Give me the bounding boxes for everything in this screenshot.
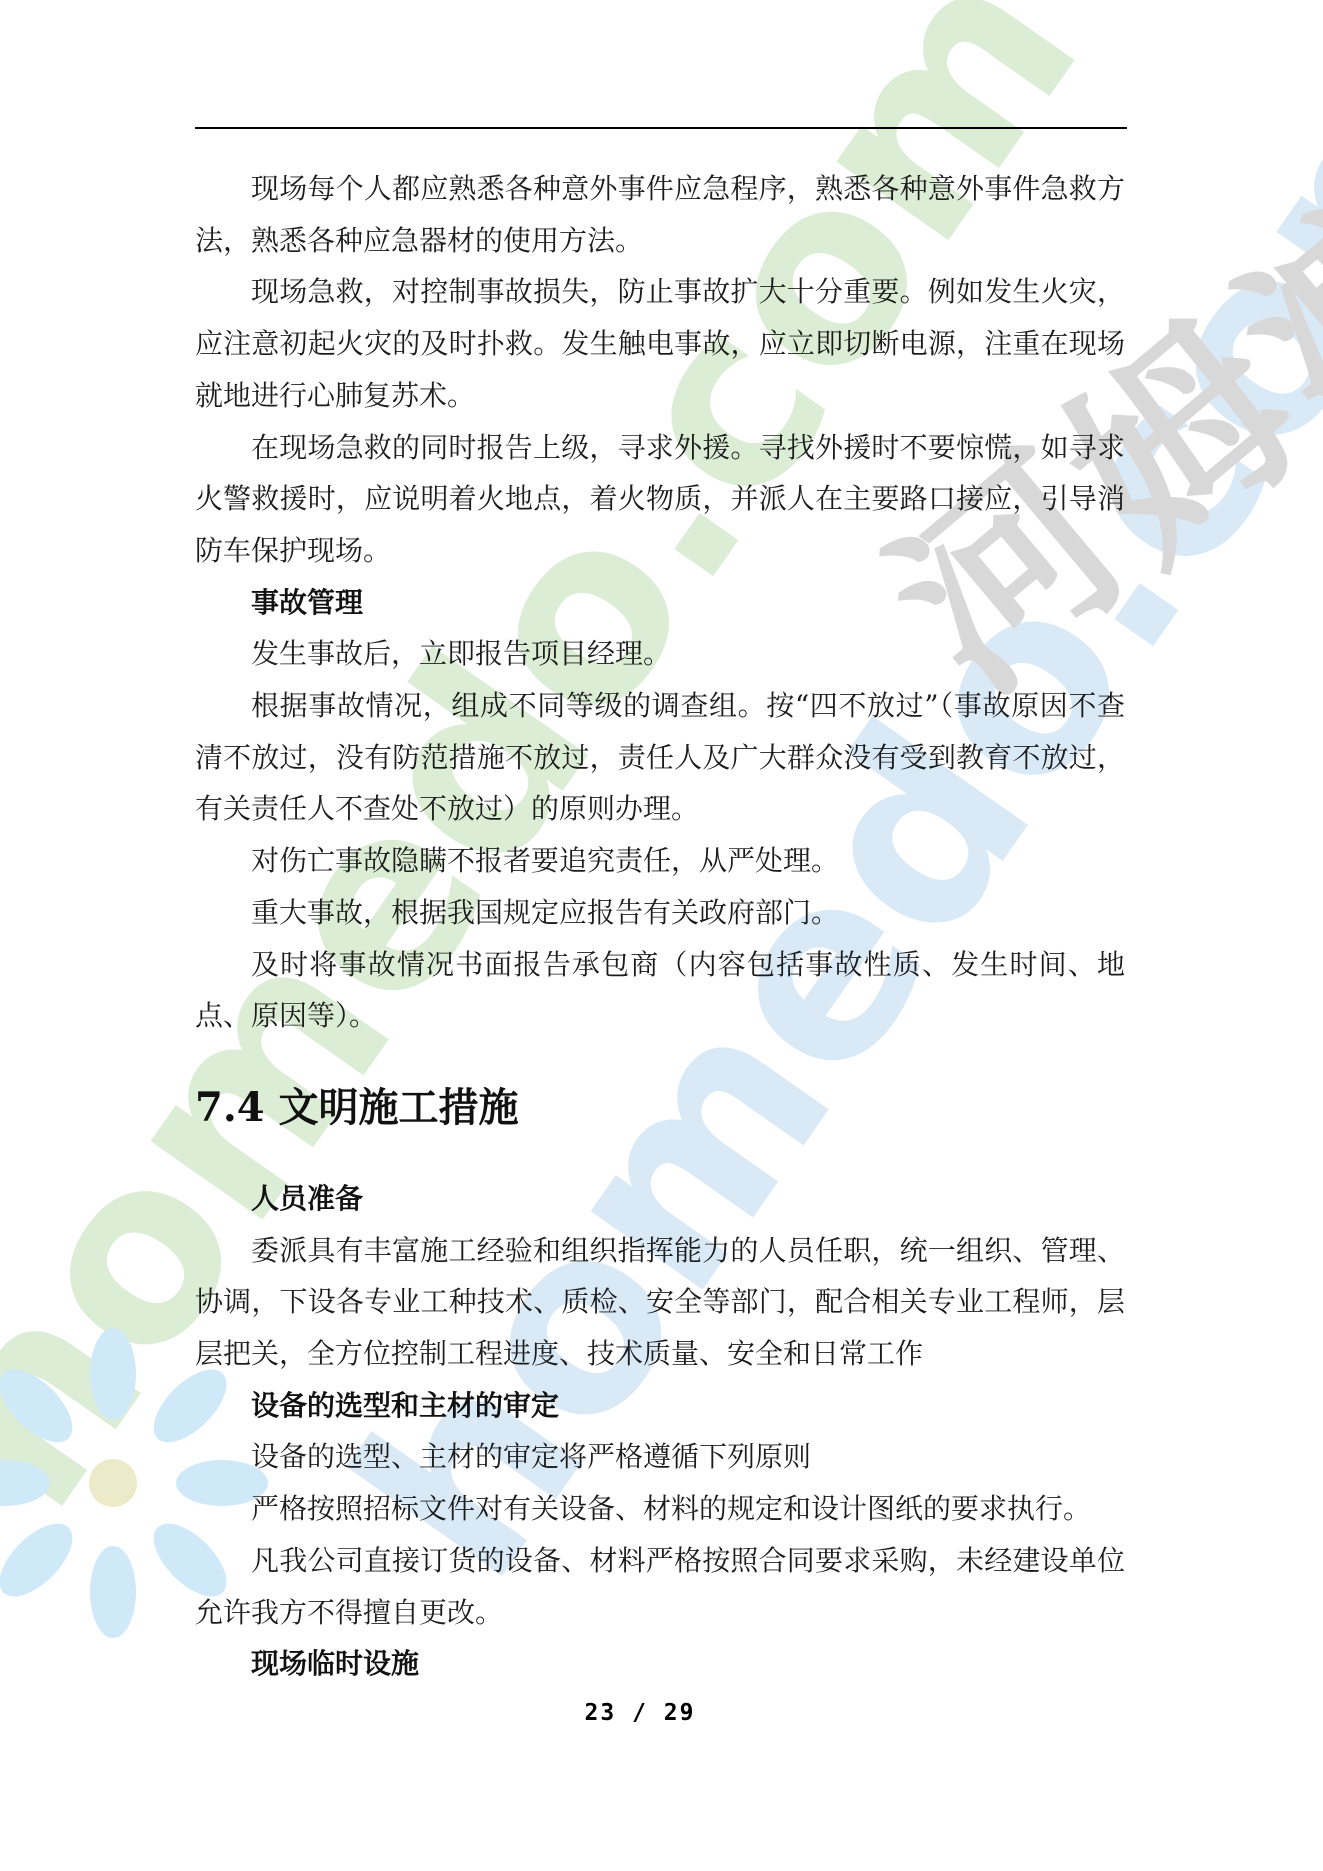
- paragraph-report-superiors: 在现场急救的同时报告上级，寻求外援。寻找外援时不要惊慌，如寻求火警救援时，应说明…: [195, 422, 1125, 577]
- heading-equipment-selection: 设备的选型和主材的审定: [195, 1380, 1125, 1432]
- paragraph-selection-principles: 设备的选型、主材的审定将严格遵循下列原则: [195, 1431, 1125, 1483]
- header-rule: [195, 127, 1127, 129]
- flower-petal: [0, 1460, 50, 1506]
- page-number: 23 / 29: [0, 1700, 1280, 1726]
- document-page: homedo.com homedo.com 河 姆 渡 现场每个人都应熟悉各种意…: [0, 0, 1323, 1871]
- heading-personnel-preparation: 人员准备: [195, 1173, 1125, 1225]
- paragraph-procurement-contract: 凡我公司直接订货的设备、材料严格按照合同要求采购，未经建设单位允许我方不得擅自更…: [195, 1535, 1125, 1638]
- paragraph-onsite-first-aid: 现场急救，对控制事故损失，防止事故扩大十分重要。例如发生火灾，应注意初起火灾的及…: [195, 266, 1125, 421]
- heading-accident-management: 事故管理: [195, 577, 1125, 629]
- paragraph-report-project-manager: 发生事故后，立即报告项目经理。: [195, 628, 1125, 680]
- flower-logo-center: [89, 1459, 137, 1507]
- paragraph-major-accident-report: 重大事故，根据我国规定应报告有关政府部门。: [195, 887, 1125, 939]
- paragraph-four-no-pass: 根据事故情况，组成不同等级的调查组。按“四不放过”（事故原因不查清不放过，没有防…: [195, 680, 1125, 835]
- flower-petal: [90, 1328, 136, 1420]
- section-heading-7-4: 7.4 文明施工措施: [195, 1079, 1125, 1137]
- paragraph-personnel-assignment: 委派具有丰富施工经验和组织指挥能力的人员任职，统一组织、管理、协调，下设各专业工…: [195, 1225, 1125, 1380]
- paragraph-concealment-accountability: 对伤亡事故隐瞒不报者要追究责任，从严处理。: [195, 835, 1125, 887]
- flower-petal: [90, 1546, 136, 1638]
- watermark-cjk-char: 渡: [1212, 162, 1323, 458]
- flower-logo: [18, 1376, 208, 1590]
- document-body: 现场每个人都应熟悉各种意外事件应急程序，熟悉各种意外事件急救方法，熟悉各种应急器…: [195, 163, 1125, 1690]
- paragraph-tender-documents: 严格按照招标文件对有关设备、材料的规定和设计图纸的要求执行。: [195, 1483, 1125, 1535]
- flower-petal: [0, 1511, 85, 1609]
- heading-site-temporary-facilities: 现场临时设施: [195, 1638, 1125, 1690]
- paragraph-written-report-contractor: 及时将事故情况书面报告承包商（内容包括事故性质、发生时间、地点、原因等）。: [195, 939, 1125, 1042]
- paragraph-emergency-procedures: 现场每个人都应熟悉各种意外事件应急程序，熟悉各种意外事件急救方法，熟悉各种应急器…: [195, 163, 1125, 266]
- flower-petal: [0, 1357, 85, 1455]
